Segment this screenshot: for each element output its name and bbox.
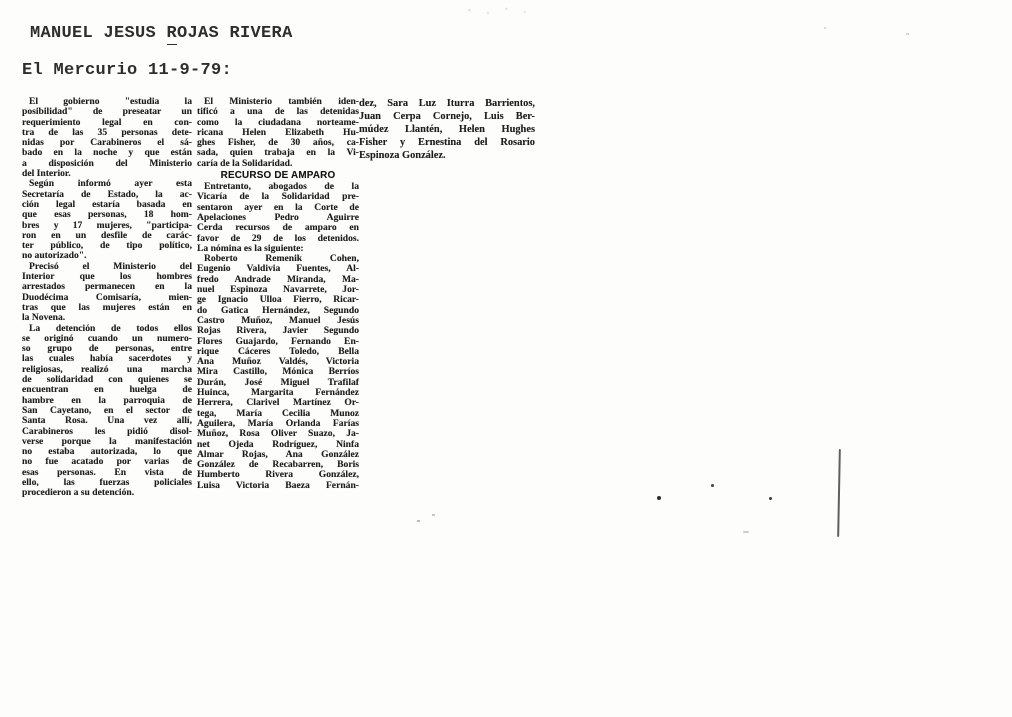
text-line: Luisa Victoria Baeza Fernán- — [197, 481, 359, 491]
text-line: Espinoza González. — [359, 149, 535, 162]
scan-smudge — [417, 520, 420, 522]
ink-speck — [711, 484, 714, 487]
text-line: procedieron a su detención. — [22, 488, 192, 498]
ink-speck — [657, 496, 661, 500]
article-column-2: El Ministerio también iden-tificó a una … — [197, 97, 359, 491]
source-citation: El Mercurio 11-9-79: — [22, 61, 232, 81]
text-line: Muñoz, Rosa Oliver Suazo, Ja- — [197, 429, 359, 439]
scanned-clipping-page: MANUEL JESUS ROJAS RIVERA El Mercurio 11… — [0, 0, 1012, 717]
text-line: dez, Sara Luz Iturra Barrientos, — [359, 97, 535, 110]
text-line: Fisher y Ernestina del Rosario — [359, 136, 535, 149]
scan-smudge — [906, 33, 909, 35]
text-line: Juan Cerpa Cornejo, Luis Ber- — [359, 110, 535, 123]
text-line: Santa Rosa. Una vez allí, — [22, 416, 192, 426]
heading-text-pre: MANUEL JESUS — [30, 24, 167, 43]
scan-smudge — [432, 514, 435, 516]
text-line: múdez Llantén, Helen Hughes — [359, 123, 535, 136]
scan-smudge — [743, 531, 749, 533]
text-line: la Novena. — [22, 313, 192, 323]
pen-line-mark — [837, 449, 841, 537]
scan-smudge — [824, 27, 826, 29]
article-column-1: El gobierno "estudia laposibilidad" de p… — [22, 97, 192, 499]
heading-text-post: OJAS RIVERA — [177, 24, 293, 43]
heading-underlined-letter: R — [167, 24, 178, 45]
typed-name-heading: MANUEL JESUS ROJAS RIVERA — [30, 24, 293, 44]
scan-smudge — [462, 5, 536, 18]
article-column-3: dez, Sara Luz Iturra Barrientos,Juan Cer… — [359, 97, 535, 162]
text-line: caría de la Solidaridad. — [197, 159, 359, 169]
section-heading: RECURSO DE AMPARO — [197, 170, 359, 181]
text-line: Rojas Rivera, Javier Segundo — [197, 326, 359, 336]
ink-speck — [769, 497, 772, 500]
